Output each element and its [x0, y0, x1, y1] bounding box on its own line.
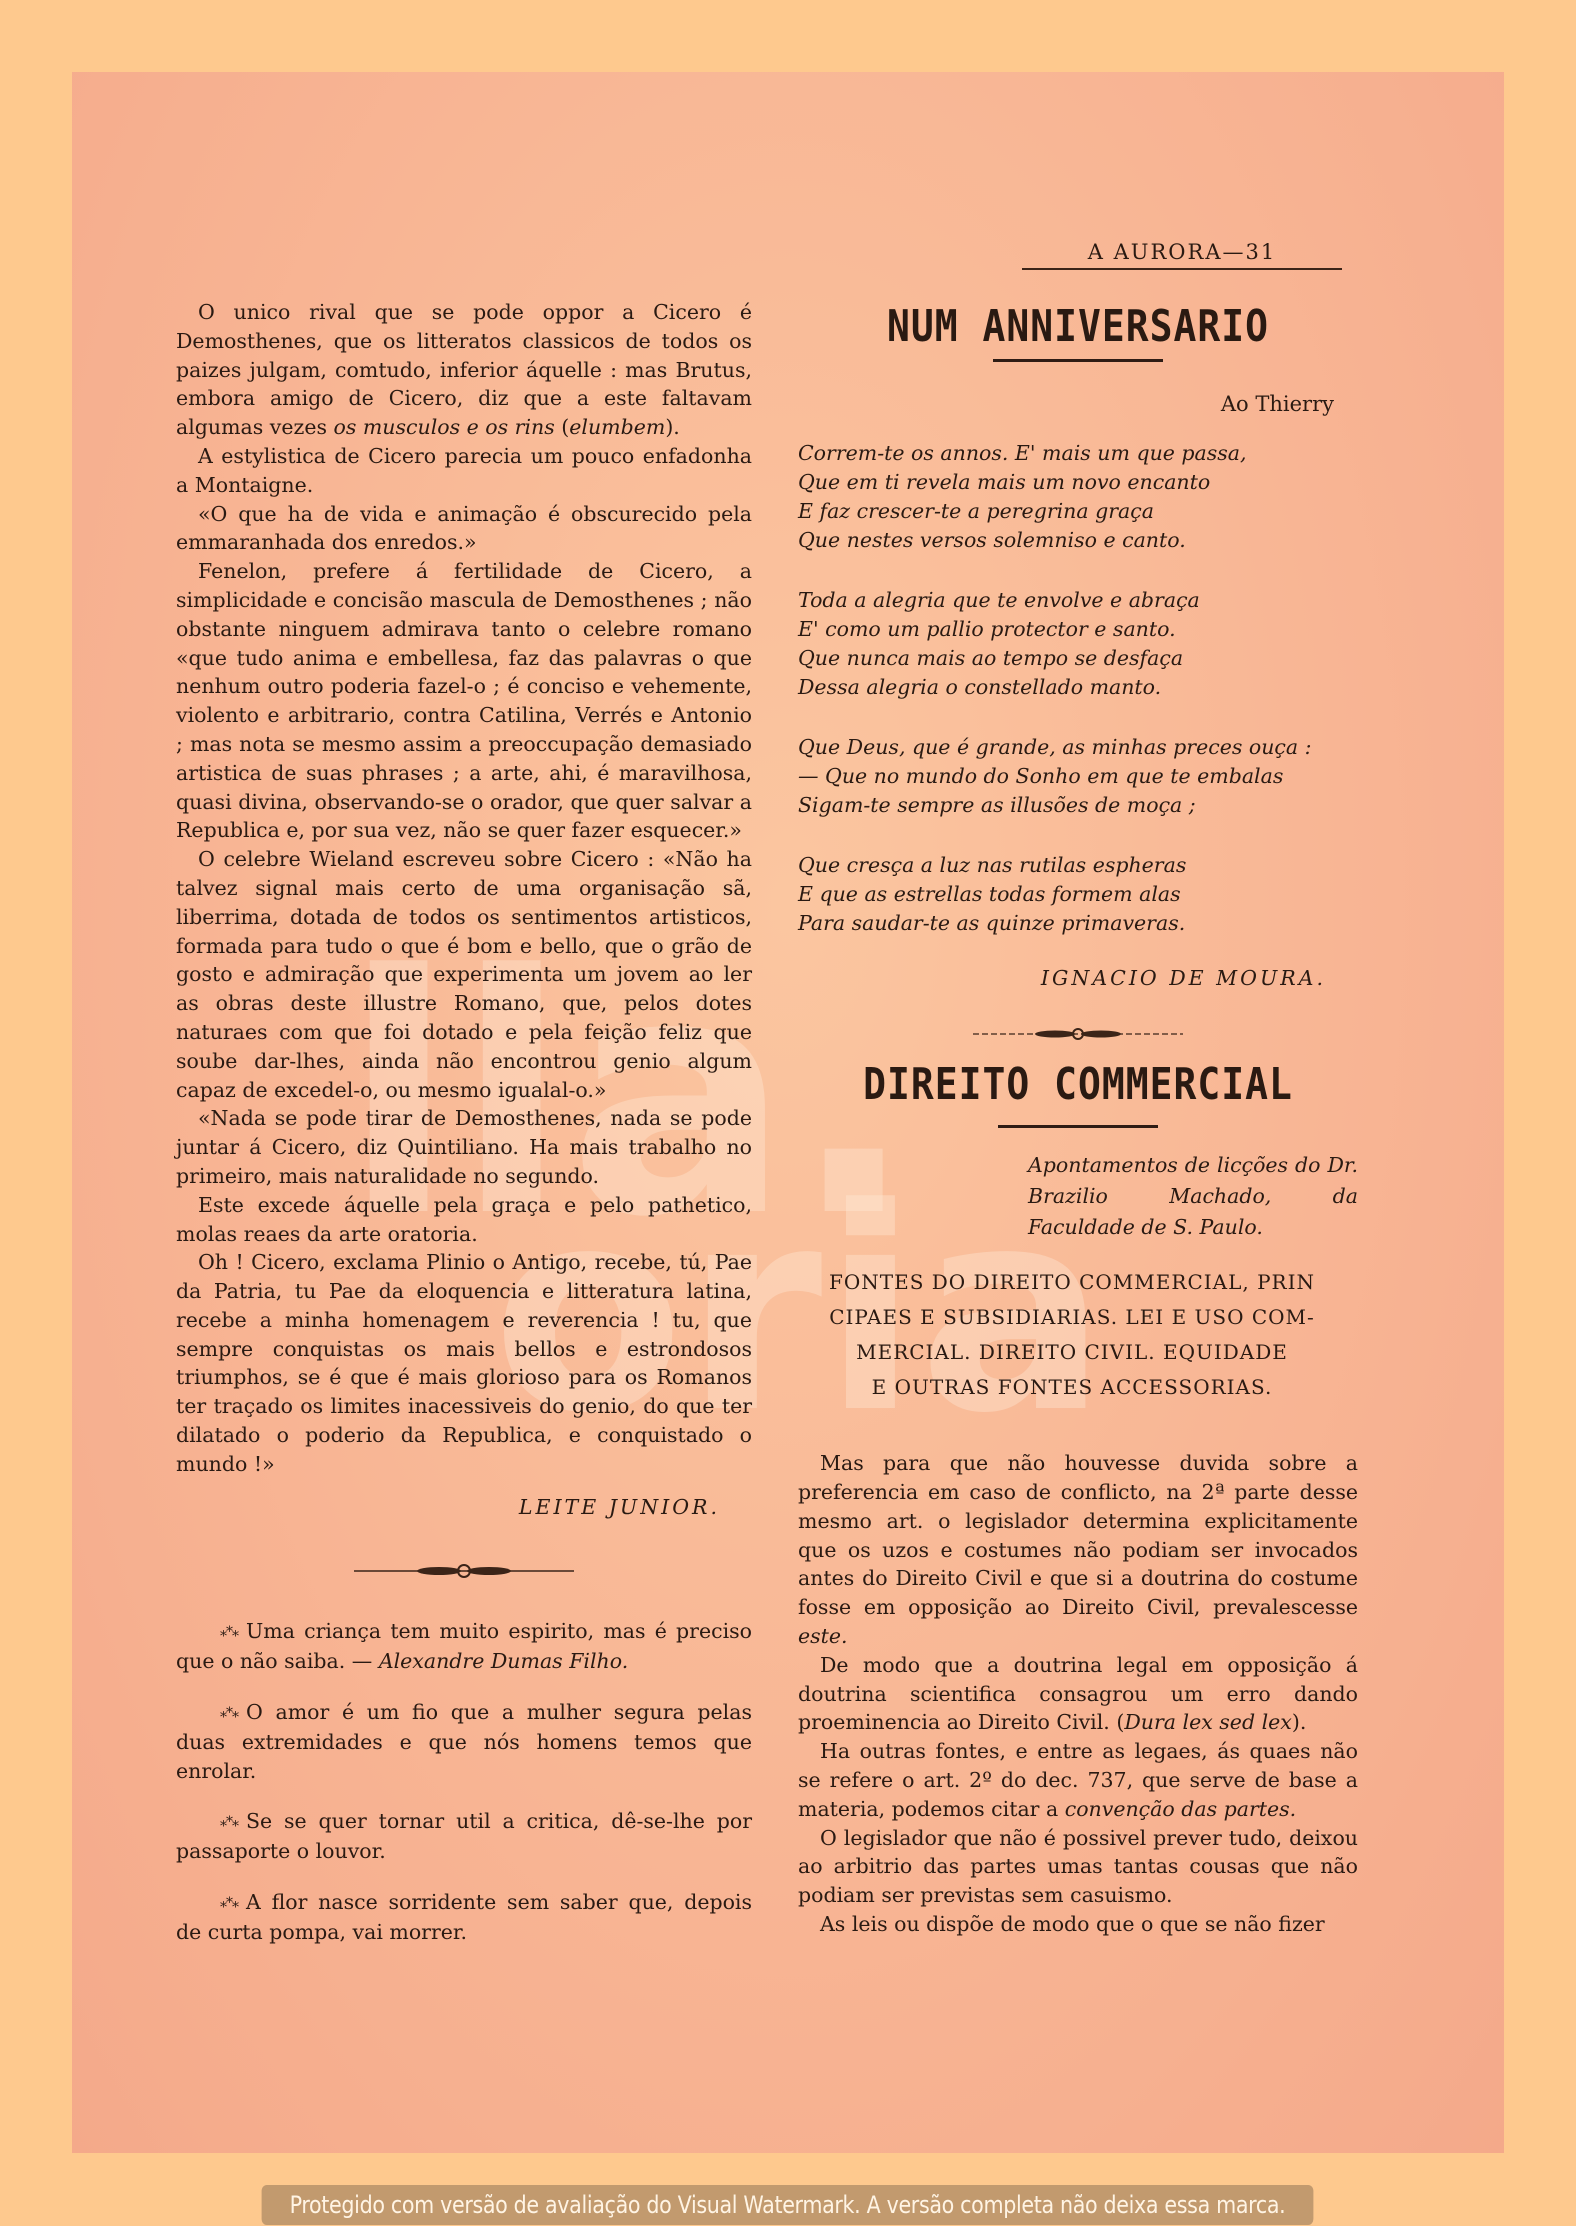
right-column: NUM ANNIVERSARIO Ao Thierry Correm-te os…: [798, 300, 1358, 1939]
aphorism: ⁎*⁎Se se quer tornar util a critica, dê-…: [176, 1807, 752, 1866]
asterism-icon: ⁎*⁎: [198, 1699, 238, 1728]
poet-signature: IGNACIO DE MOURA.: [798, 964, 1326, 993]
stanza: Toda a alegria que te envolve e abraça E…: [798, 586, 1358, 702]
section-heading: FONTES DO DIREITO COMMERCIAL, PRIN CIPAE…: [776, 1265, 1368, 1405]
paragraph: O celebre Wieland escreveu sobre Cicero …: [176, 845, 752, 1104]
asterism-icon: ⁎*⁎: [198, 1808, 238, 1837]
title-rule: [998, 1125, 1158, 1128]
paragraph: Este excede áquelle pela graça e pelo pa…: [176, 1191, 752, 1249]
stanza: Que cresça a luz nas rutilas espheras E …: [798, 851, 1358, 938]
article-subtitle: Apontamentos de licções do Dr. Brazilio …: [1028, 1150, 1358, 1243]
poem-dedication: Ao Thierry: [798, 390, 1334, 419]
article-body: Mas para que não houvesse duvida sobre a…: [798, 1449, 1358, 1939]
paragraph: «Nada se pode tirar de Demosthenes, nada…: [176, 1104, 752, 1190]
stanza: Que Deus, que é grande, as minhas preces…: [798, 733, 1358, 820]
title-rule: [993, 359, 1163, 362]
author-signature: LEITE JUNIOR.: [176, 1493, 720, 1522]
paragraph: Mas para que não houvesse duvida sobre a…: [798, 1449, 1358, 1651]
ornament-divider-icon: [354, 1561, 574, 1581]
paragraph: O unico rival que se pode oppor a Cicero…: [176, 298, 752, 442]
aphorism: ⁎*⁎Uma criança tem muito espirito, mas é…: [176, 1617, 752, 1676]
left-column: O unico rival que se pode oppor a Cicero…: [176, 298, 752, 1947]
aphorism: ⁎*⁎A flor nasce sorridente sem saber que…: [176, 1888, 752, 1947]
watermark-banner: Protegido com versão de avaliação do Vis…: [262, 2185, 1314, 2225]
stanza: Correm-te os annos. E' mais um que passa…: [798, 439, 1358, 555]
asterism-icon: ⁎*⁎: [198, 1889, 238, 1918]
poem-title: NUM ANNIVERSARIO: [798, 310, 1358, 343]
ornament-divider-icon: [973, 1026, 1183, 1042]
aphorism: ⁎*⁎O amor é um fio que a mulher segura p…: [176, 1698, 752, 1785]
paragraph: As leis ou dispõe de modo que o que se n…: [798, 1910, 1358, 1939]
paragraph: «O que ha de vida e animação é obscureci…: [176, 500, 752, 558]
paragraph: A estylistica de Cicero parecia um pouco…: [176, 442, 752, 500]
running-head: A AURORA—31: [1022, 240, 1342, 270]
paragraph: Oh ! Cicero, exclama Plinio o Antigo, re…: [176, 1248, 752, 1478]
paragraph: De modo que a doutrina legal em opposiçã…: [798, 1651, 1358, 1737]
paragraph: Ha outras fontes, e entre as legaes, ás …: [798, 1737, 1358, 1823]
article-title: DIREITO COMMERCIAL: [798, 1068, 1358, 1101]
paragraph: Fenelon, prefere á fertilidade de Cicero…: [176, 557, 752, 845]
asterism-icon: ⁎*⁎: [198, 1618, 238, 1647]
poem: Correm-te os annos. E' mais um que passa…: [798, 439, 1358, 938]
paragraph: O legislador que não é possivel prever t…: [798, 1824, 1358, 1910]
